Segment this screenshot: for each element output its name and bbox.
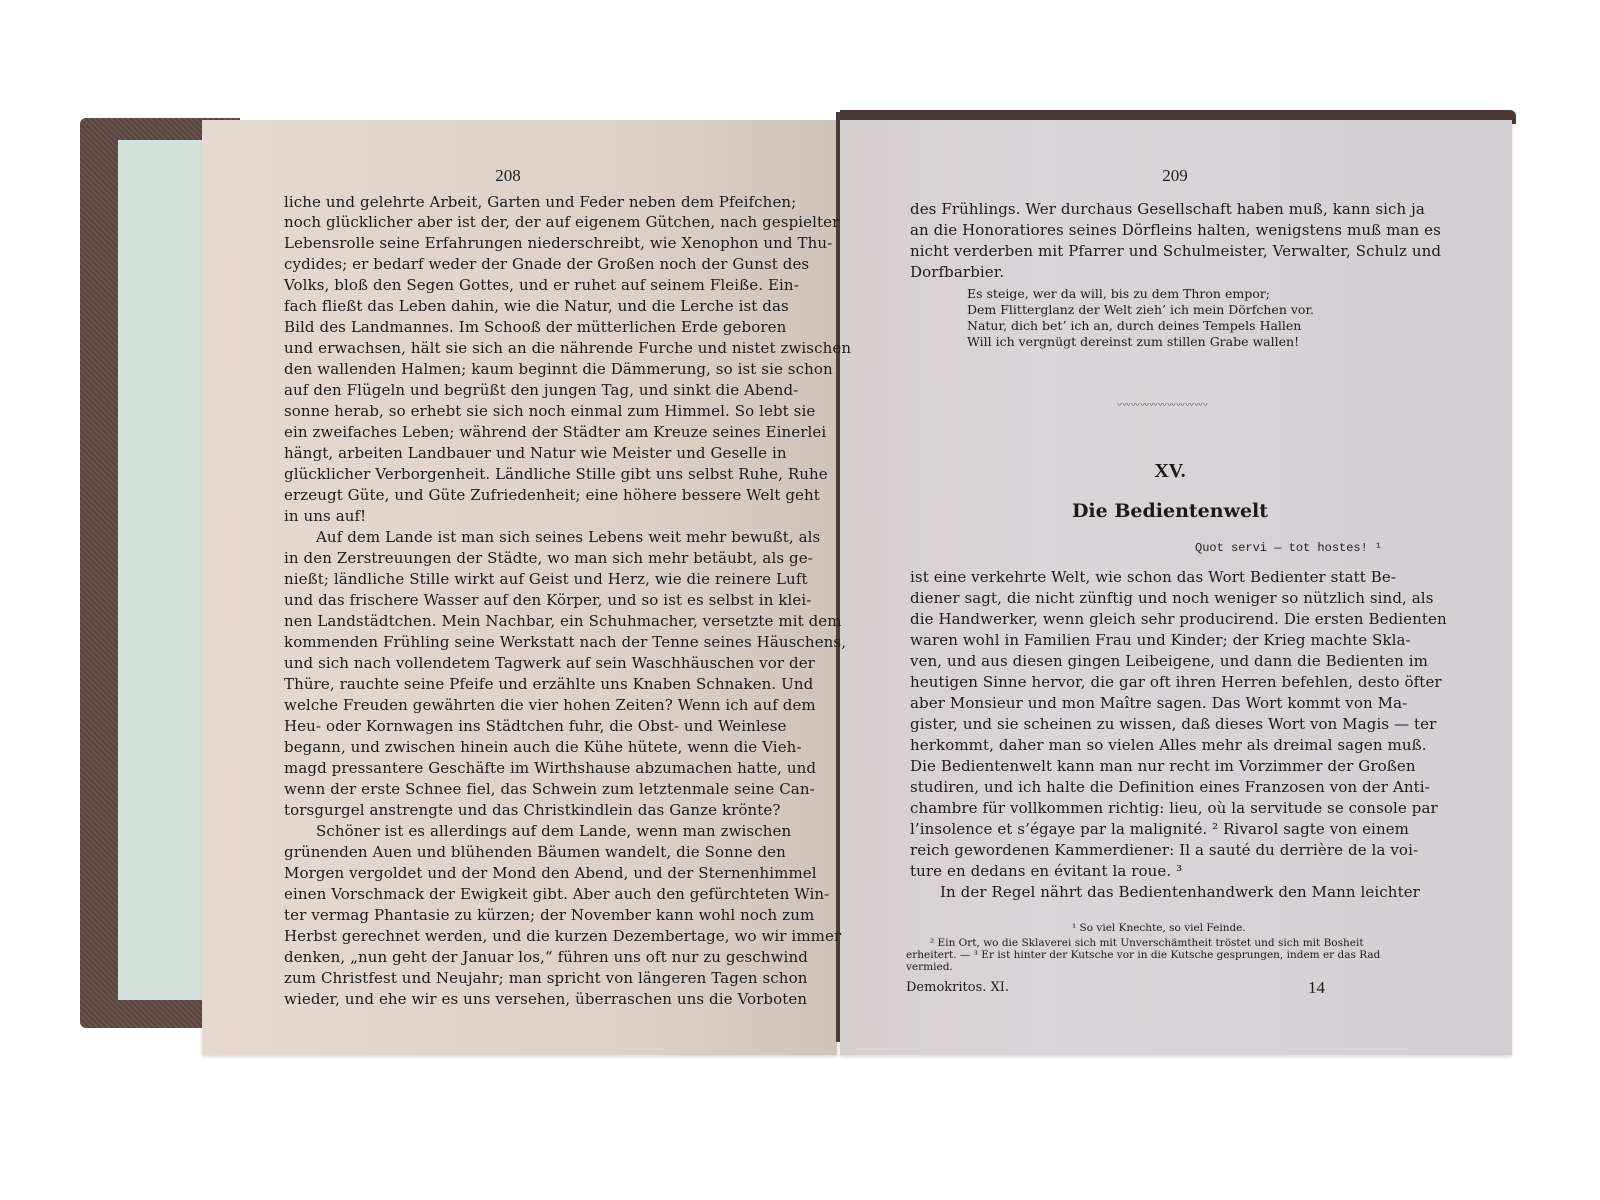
footnote: ¹ So viel Knechte, so viel Feinde. bbox=[1072, 922, 1246, 934]
text-line: glücklicher Verborgenheit. Ländliche Sti… bbox=[284, 465, 746, 483]
text-line: ein zweifaches Leben; während der Städte… bbox=[284, 423, 746, 441]
right-page bbox=[840, 120, 1512, 1055]
text-line: liche und gelehrte Arbeit, Garten und Fe… bbox=[284, 193, 746, 211]
text-line: reich gewordenen Kammerdiener: Il a saut… bbox=[910, 841, 1386, 859]
text-line: nen Landstädtchen. Mein Nachbar, ein Sch… bbox=[284, 612, 746, 630]
text-line: erzeugt Güte, und Güte Zufriedenheit; ei… bbox=[284, 486, 746, 504]
footnote: vermied. bbox=[906, 961, 953, 973]
page-number-right: 209 bbox=[1135, 166, 1215, 186]
text-line: nicht verderben mit Pfarrer und Schulmei… bbox=[910, 242, 1386, 260]
text-line: heutigen Sinne hervor, die gar oft ihren… bbox=[910, 673, 1386, 691]
verse-line: Natur, dich bet’ ich an, durch deines Te… bbox=[967, 318, 1301, 333]
text-line: kommenden Frühling seine Werkstatt nach … bbox=[284, 633, 746, 651]
text-line: Auf dem Lande ist man sich seines Lebens… bbox=[316, 528, 746, 546]
text-line: die Handwerker, wenn gleich sehr produci… bbox=[910, 610, 1386, 628]
text-line: welche Freuden gewährten die vier hohen … bbox=[284, 696, 746, 714]
text-line: grünenden Auen und blühenden Bäumen wand… bbox=[284, 843, 746, 861]
text-line: ture en dedans en évitant la roue. ³ bbox=[910, 862, 1386, 880]
text-line: den wallenden Halmen; kaum beginnt die D… bbox=[284, 360, 746, 378]
text-line: diener sagt, die nicht zünftig und noch … bbox=[910, 589, 1386, 607]
text-line: Volks, bloß den Segen Gottes, und er ruh… bbox=[284, 276, 746, 294]
page-number-left: 208 bbox=[468, 166, 548, 186]
verse-line: Will ich vergnügt dereinst zum stillen G… bbox=[967, 334, 1299, 349]
text-line: fach fließt das Leben dahin, wie die Nat… bbox=[284, 297, 746, 315]
text-line: Morgen vergoldet und der Mond den Abend,… bbox=[284, 864, 746, 882]
text-line: torsgurgel anstrengte und das Christkind… bbox=[284, 801, 746, 819]
text-line: herkommt, daher man so vielen Alles mehr… bbox=[910, 736, 1386, 754]
text-line: hängt, arbeiten Landbauer und Natur wie … bbox=[284, 444, 746, 462]
text-line: wieder, und ehe wir es uns versehen, übe… bbox=[284, 990, 746, 1008]
text-line: einen Vorschmack der Ewigkeit gibt. Aber… bbox=[284, 885, 746, 903]
text-line: in den Zerstreuungen der Städte, wo man … bbox=[284, 549, 746, 567]
text-line: wenn der erste Schnee fiel, das Schwein … bbox=[284, 780, 746, 798]
text-line: begann, und zwischen hinein auch die Küh… bbox=[284, 738, 746, 756]
text-line: magd pressantere Geschäfte im Wirthshaus… bbox=[284, 759, 746, 777]
text-line: chambre für vollkommen richtig: lieu, où… bbox=[910, 799, 1386, 817]
text-line: zum Christfest und Neujahr; man spricht … bbox=[284, 969, 746, 987]
text-line: Die Bedientenwelt kann man nur recht im … bbox=[910, 757, 1386, 775]
footnote: erheitert. — ³ Er ist hinter der Kutsche… bbox=[906, 949, 1380, 961]
chapter-number: XV. bbox=[1130, 460, 1210, 483]
signature-number: 14 bbox=[1308, 978, 1325, 998]
endpaper bbox=[118, 140, 203, 1000]
text-line: cydides; er bedarf weder der Gnade der G… bbox=[284, 255, 746, 273]
text-line: ist eine verkehrte Welt, wie schon das W… bbox=[910, 568, 1386, 586]
text-line: noch glücklicher aber ist der, der auf e… bbox=[284, 213, 746, 231]
text-line: des Frühlings. Wer durchaus Gesellschaft… bbox=[910, 200, 1386, 218]
text-line: aber Monsieur und mon Maître sagen. Das … bbox=[910, 694, 1386, 712]
signature-mark: Demokritos. XI. bbox=[906, 980, 1009, 995]
text-line: Thüre, rauchte seine Pfeife und erzählte… bbox=[284, 675, 746, 693]
chapter-motto: Quot servi — tot hostes! ¹ bbox=[1195, 541, 1382, 555]
text-line: nießt; ländliche Stille wirkt auf Geist … bbox=[284, 570, 746, 588]
text-line: Bild des Landmannes. Im Schooß der mütte… bbox=[284, 318, 746, 336]
text-line: und sich nach vollendetem Tagwerk auf se… bbox=[284, 654, 746, 672]
text-line: waren wohl in Familien Frau und Kinder; … bbox=[910, 631, 1386, 649]
text-line: ven, und aus diesen gingen Leibeigene, u… bbox=[910, 652, 1386, 670]
footnote: ² Ein Ort, wo die Sklaverei sich mit Unv… bbox=[930, 937, 1364, 949]
text-line: und das frischere Wasser auf den Körper,… bbox=[284, 591, 746, 609]
section-ornament: 〰〰〰〰〰〰〰〰〰〰 bbox=[1117, 403, 1217, 409]
text-line: auf den Flügeln und begrüßt den jungen T… bbox=[284, 381, 746, 399]
text-line: an die Honoratiores seines Dörfleins hal… bbox=[910, 221, 1386, 239]
text-line: Heu- oder Kornwagen ins Städtchen fuhr, … bbox=[284, 717, 746, 735]
text-line: l’insolence et s’égaye par la malignité.… bbox=[910, 820, 1386, 838]
text-line: und erwachsen, hält sie sich an die nähr… bbox=[284, 339, 746, 357]
text-line: Dorfbarbier. bbox=[910, 263, 1386, 281]
verse-line: Es steige, wer da will, bis zu dem Thron… bbox=[967, 286, 1270, 301]
text-line: In der Regel nährt das Bedientenhandwerk… bbox=[940, 883, 1386, 901]
text-line: Schöner ist es allerdings auf dem Lande,… bbox=[316, 822, 746, 840]
text-line: in uns auf! bbox=[284, 507, 746, 525]
chapter-title: Die Bedientenwelt bbox=[1070, 500, 1270, 522]
text-line: studiren, und ich halte die Definition e… bbox=[910, 778, 1386, 796]
book-gutter bbox=[836, 112, 840, 1042]
verse-line: Dem Flitterglanz der Welt zieh’ ich mein… bbox=[967, 302, 1314, 317]
text-line: Lebensrolle seine Erfahrungen niederschr… bbox=[284, 234, 746, 252]
text-line: sonne herab, so erhebt sie sich noch ein… bbox=[284, 402, 746, 420]
text-line: gister, und sie scheinen zu wissen, daß … bbox=[910, 715, 1386, 733]
text-line: Herbst gerechnet werden, und die kurzen … bbox=[284, 927, 746, 945]
text-line: ter vermag Phantasie zu kürzen; der Nove… bbox=[284, 906, 746, 924]
text-line: denken, „nun geht der Januar los,“ führe… bbox=[284, 948, 746, 966]
